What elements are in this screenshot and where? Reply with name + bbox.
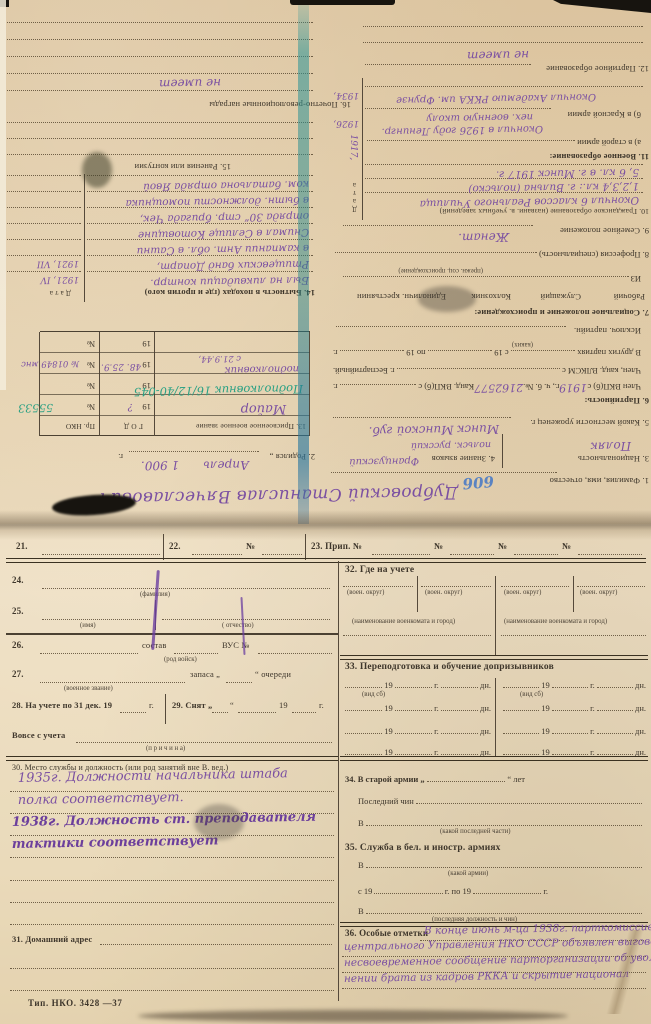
dotted-line (10, 856, 334, 858)
field13-green-entry: Подполковник 16/12/40-045 (134, 382, 304, 399)
field11b-label: б) в Красной армии (568, 110, 641, 120)
field4-label: 4. Знание языков (432, 454, 495, 464)
cell-divider (165, 694, 166, 724)
field7-option-kolkhoznik: Колхозник (471, 292, 511, 302)
field11b-line1: Окончил в 1926 году Ленингр. (382, 123, 544, 137)
dotted-line (10, 989, 334, 991)
field6-to-year: по 19 (406, 348, 425, 358)
field8-line: 8. Профессия (специальность) (333, 250, 649, 260)
dotted-line (365, 64, 531, 66)
field6-year-value: 1919 (559, 381, 587, 394)
field27-reserve-label: запаса „ (190, 669, 220, 679)
field33-rowB3: 19г.дн. (501, 726, 646, 736)
field9-label: 9. Семейное положение (560, 226, 649, 236)
field2-month-value: Апрель (203, 458, 249, 473)
field23-label: 23. Прип. № (311, 541, 362, 551)
field13-year-column: Г О Д (124, 422, 143, 431)
dotted-line (7, 207, 81, 209)
dotted-line (258, 652, 332, 654)
main-column-divider (338, 561, 339, 1001)
dotted-line (7, 122, 313, 124)
days-suffix: дн. (635, 680, 646, 690)
field24-label: 24. (12, 575, 24, 585)
field34-line3: В (358, 818, 644, 828)
field35-line3: В (358, 906, 644, 916)
year-prefix: 19 (142, 402, 151, 412)
field7-label: 7. Социальное положение и происхождение: (474, 308, 649, 318)
year-prefix: 19 (142, 360, 151, 370)
field6-cardno-value: 2162577 (474, 381, 523, 395)
district-note: (воен. округ) (580, 589, 617, 596)
dotted-fill (503, 731, 539, 734)
date-column-divider (362, 78, 363, 220)
dotted-line (7, 56, 313, 58)
dotted-fill (345, 708, 382, 711)
year-prefix: 19 (384, 703, 393, 713)
field6-line2: Член, канд. ВЛКСМ с г. Беспартийный. (333, 366, 641, 376)
field6-vlksm-label: Член, канд. ВЛКСМ с (562, 366, 641, 376)
dotted-line (10, 923, 334, 925)
dotted-line (372, 553, 430, 555)
field11b-line2: пех. военную школу (426, 111, 533, 124)
dotted-fill (345, 731, 382, 734)
year-prefix: 19 (384, 726, 393, 736)
year-suffix: г. (590, 703, 595, 713)
cell-divider (305, 534, 306, 560)
year-suffix: г. (434, 680, 439, 690)
field6-year-suffix2: г. (333, 348, 338, 358)
number-sign: № (562, 541, 571, 551)
field6-kakih-note: (каких) (512, 341, 533, 348)
field7-iz-label: ИЗ (631, 274, 641, 284)
dotted-line (7, 73, 313, 75)
field35-v-label: В (358, 860, 364, 870)
field22-label: 22. (169, 541, 181, 551)
field29-quote: “ (230, 700, 234, 710)
off-register-reason-note: (п р и ч и н а) (146, 745, 185, 752)
dotted-fill (367, 140, 575, 143)
voenkomat-note: (наименование военкомата и город) (504, 618, 607, 625)
field34-line1: 34. В старой армии „ “ лет (345, 774, 525, 784)
dotted-fill (340, 350, 405, 353)
field7-option-peasant: Единоличн. крестьянин (357, 292, 446, 302)
field29-year-suffix: г. (319, 700, 324, 710)
field6-nonparty-label: г. Беспартийный. (333, 366, 395, 376)
field11-label: 11. Военное образование: (549, 152, 649, 162)
field26-vus-label: ВУС № (222, 640, 250, 650)
field15-label: 15. Ранения или контузии (134, 162, 231, 172)
field35-year-suffix: г. (543, 886, 548, 896)
days-suffix: дн. (635, 703, 646, 713)
dotted-line (333, 417, 511, 419)
field35-line2: с 19 г. по 19 г. (358, 886, 548, 896)
field25-firstname-note: (имя) (80, 622, 96, 629)
field33-rowA1: 19г.дн. (343, 680, 491, 690)
field14-date2: 1921, VII (37, 258, 79, 269)
dotted-fill (366, 823, 642, 826)
table-border (309, 332, 310, 436)
dotted-fill (397, 368, 560, 371)
heavy-rule (6, 633, 338, 635)
field34-unit-note: (какой последней части) (440, 828, 510, 835)
field34-lastchin-label: Последний чин (358, 796, 414, 806)
dotted-line (292, 711, 316, 713)
dotted-fill (503, 685, 539, 688)
dotted-line (7, 191, 81, 193)
lower-page: 21. 22. № 23. Прип. № № № № 24. (фамилия… (0, 530, 651, 1024)
field2-suffix: г. (118, 452, 123, 462)
dotted-line (10, 967, 334, 969)
field27-queue-label: “ очереди (255, 669, 291, 679)
dotted-fill (552, 685, 588, 688)
field13-rank1-value: Майор (240, 401, 286, 417)
days-suffix: дн. (480, 726, 491, 736)
dotted-line (343, 585, 413, 587)
field34-v-label: В (358, 818, 364, 828)
field33-rowB2: 19г.дн. (501, 703, 646, 713)
field12-label: 12. Партийное образование (546, 64, 649, 74)
field35-line1: В (358, 860, 644, 870)
number-sign: № (498, 541, 507, 551)
dotted-line (7, 239, 81, 241)
year-suffix: г. (434, 726, 439, 736)
field27-label: 27. (12, 669, 24, 679)
dotted-line (87, 175, 313, 177)
field2-label: 2. Родился „ (269, 452, 315, 462)
field3-label: 3. Национальность (578, 454, 649, 464)
dotted-fill (441, 731, 478, 734)
dotted-fill (552, 731, 588, 734)
field2-year-value: 1 900. (141, 458, 179, 473)
dotted-fill (473, 891, 541, 894)
field6-card-label: г., ч. б. №. (523, 382, 559, 392)
field7-option-worker: Рабочий (614, 292, 645, 302)
dotted-line (363, 42, 643, 44)
dotted-fill (395, 752, 432, 755)
dotted-line (421, 585, 491, 587)
table-border (39, 332, 40, 436)
dotted-fill (366, 865, 642, 868)
dotted-line (501, 634, 646, 636)
field32-label: 32. Где на учете (345, 565, 414, 575)
field7-iz-line: ИЗ (341, 274, 641, 284)
field4-value-1: Французский (349, 455, 419, 467)
field25-label: 25. (12, 606, 24, 616)
dotted-line (42, 553, 160, 555)
dotted-line (7, 22, 313, 24)
dotted-line (10, 901, 334, 903)
dotted-fill (366, 911, 642, 914)
dotted-fill (511, 350, 576, 353)
dotted-line (577, 585, 645, 587)
dotted-line (7, 271, 81, 273)
field11a-line: а) в старой армии (365, 138, 641, 148)
field3-value: Поляк (591, 439, 632, 454)
heavy-rule (6, 756, 338, 761)
dotted-line (174, 652, 218, 654)
dotted-fill (552, 708, 588, 711)
field33-rowB1: 19г.дн. (501, 680, 646, 690)
cell-divider (495, 678, 496, 756)
field13-rank1-year: ? (128, 401, 134, 412)
dotted-line (501, 585, 569, 587)
field10-line3: 5, 6 кл. в г. Минск 1917 г. (496, 166, 639, 180)
field6-year-suffix: г. (333, 382, 338, 392)
field13-order-column: Пр. НКО (66, 422, 95, 431)
field26-label: 26. (12, 640, 24, 650)
dotted-fill (597, 685, 633, 688)
field11b-date2: 1934, (333, 90, 359, 100)
dotted-line (343, 225, 533, 227)
field6-line1: Член ВКП(б) с 1919 г., ч. б. №. 2162577 … (333, 381, 641, 394)
dotted-line (514, 553, 558, 555)
field26-branch-note: (род войск) (164, 656, 197, 663)
heavy-rule (6, 558, 646, 563)
field5-value: Минск Минской губ. (369, 422, 500, 438)
field7-origin-note: (прежн. соц. происхождение) (398, 267, 483, 274)
district-note: (воен. округ) (425, 589, 462, 596)
number-sign: № (87, 381, 95, 391)
field35-label: 35. Служба в бел. и иностр. армиях (345, 843, 501, 853)
year-suffix: г. (434, 703, 439, 713)
date-column-divider (84, 174, 85, 302)
field6-line3: В других партиях с 19 по 19 г. (333, 348, 641, 358)
cell-divider (163, 534, 164, 560)
dotted-line (100, 943, 332, 945)
upper-page-rotated: 1. Фамилия, имя, отчество 606 Дубровский… (0, 0, 651, 524)
cell-divider (495, 576, 496, 656)
field6-excluded-label: Исключ. партийн. (574, 326, 641, 336)
field31-label: 31. Домашний адрес (12, 934, 92, 944)
field27-rank-note: (военное звание) (64, 685, 113, 692)
field6-candidate-label: Канд. ВКП(б) с (418, 382, 474, 392)
field16-label: 16. Почетно-революционные награды (209, 100, 351, 110)
dotted-fill (427, 779, 506, 782)
dotted-line (7, 223, 81, 225)
field29-label: 29. Снят „ (172, 700, 212, 710)
days-suffix: дн. (480, 703, 491, 713)
dotted-fill (343, 276, 629, 279)
dotted-line (238, 711, 276, 713)
dotted-line (343, 634, 491, 636)
cell-divider (417, 576, 418, 612)
camp-type-note: (вид сб) (520, 691, 543, 698)
field10-date-value: 1917, (348, 134, 358, 160)
dotted-line (192, 553, 242, 555)
dotted-line (7, 39, 313, 41)
dotted-fill (441, 752, 478, 755)
field16-value: не имеет (159, 76, 221, 91)
field36-label: 36. Особые отметки (345, 928, 428, 938)
field34-years-suffix: “ лет (507, 774, 525, 784)
field10-date-header: Дата (351, 180, 358, 212)
field33-rowA3: 19г.дн. (343, 726, 491, 736)
district-note: (воен. округ) (347, 589, 384, 596)
dotted-line (363, 26, 643, 28)
year-suffix: г. (590, 726, 595, 736)
dotted-line (129, 451, 259, 453)
field5-label: 5. Какой местности уроженец г. (530, 418, 649, 428)
field6-from-year: с 19 (494, 348, 508, 358)
year-prefix: 19 (384, 680, 393, 690)
dotted-line (226, 681, 252, 683)
dotted-line (120, 711, 146, 713)
registration-number-stamp: 606 (462, 472, 495, 493)
field13-rank3-value: подполковник (225, 363, 300, 375)
field1-handwritten-name: Дубровский Станислав Вячеславович (99, 482, 458, 508)
number-sign: № (434, 541, 443, 551)
dotted-line (7, 154, 313, 156)
table-row-line (40, 352, 310, 353)
dotted-fill (395, 731, 432, 734)
dotted-fill (374, 891, 442, 894)
dotted-line (212, 711, 228, 713)
table-border (40, 435, 310, 436)
year-prefix: 19 (541, 680, 550, 690)
table-border (99, 332, 100, 436)
field30-line4: тактики соответствует (12, 833, 219, 852)
field28-label: 28. На учете по 31 дек. 19 (12, 700, 112, 710)
field28-year-suffix: г. (149, 700, 154, 710)
field6-label: 6. Партийность: (584, 396, 649, 406)
dotted-line (450, 553, 494, 555)
field33-label: 33. Переподготовка и обучение допризывни… (345, 662, 554, 672)
number-sign: № (87, 339, 95, 349)
table-border (40, 331, 310, 332)
heavy-rule (340, 655, 648, 660)
dotted-line (42, 618, 150, 620)
district-note: (воен. округ) (504, 589, 541, 596)
dotted-line (336, 326, 566, 328)
dotted-fill (395, 708, 432, 711)
dotted-fill (340, 384, 417, 387)
field6-member-label: Член ВКП(б) с (587, 382, 641, 392)
dotted-line (76, 741, 332, 743)
dotted-fill (395, 685, 432, 688)
field14-date-header: Д а т а (50, 289, 71, 298)
dotted-fill (597, 731, 633, 734)
dotted-fill (441, 685, 478, 688)
field13-green-stamp: 55533 (18, 401, 53, 415)
dotted-line (365, 86, 643, 88)
year-prefix: 19 (142, 339, 151, 349)
field25-patronymic-note: ( отчество) (222, 622, 254, 629)
dotted-fill (345, 752, 382, 755)
dotted-fill (597, 752, 633, 755)
cell-divider (573, 576, 574, 612)
dotted-line (42, 587, 330, 589)
printer-imprint: Тип. НКО. 3428 —37 (28, 998, 123, 1008)
field13-rank3-year: 48. 25.9. (101, 361, 141, 372)
column-divider (502, 434, 503, 468)
dotted-fill (345, 685, 382, 688)
dotted-fill (503, 708, 539, 711)
year-suffix: г. (590, 680, 595, 690)
dotted-line (365, 108, 551, 110)
scanned-military-record-card: 1. Фамилия, имя, отчество 606 Дубровский… (0, 0, 651, 1024)
field35-to-label: г. по 19 (445, 886, 471, 896)
dotted-line (10, 879, 334, 881)
field29-year-prefix: 19 (279, 700, 288, 710)
voenkomat-note: (наименование военкомата и город) (352, 618, 455, 625)
dotted-line (365, 164, 643, 166)
field35-from-label: с 19 (358, 886, 372, 896)
days-suffix: дн. (480, 680, 491, 690)
dotted-line (578, 553, 642, 555)
dotted-line (262, 553, 302, 555)
year-prefix: 19 (541, 703, 550, 713)
field9-value: Женат. (458, 230, 509, 245)
field21-label: 21. (16, 541, 28, 551)
dotted-line (342, 987, 646, 989)
heavy-rule (340, 756, 648, 761)
field11b-line3: Окончил Академию РККА им. Фрунзе (396, 91, 596, 105)
field13-label: 13. Присвоенное военное звание (196, 422, 306, 431)
field34-line2: Последний чин (358, 796, 644, 806)
dotted-line (162, 618, 330, 620)
dotted-fill (552, 752, 588, 755)
field35-v2-label: В (358, 906, 364, 916)
field13-rank3-date: с 21.9.44, (198, 353, 241, 364)
off-register-label: Вовсе с учета (12, 730, 65, 740)
field14-line1: Был на ликвидации контрр. (150, 274, 309, 289)
dotted-fill (416, 801, 642, 804)
dotted-fill (441, 708, 478, 711)
field33-rowA2: 19г.дн. (343, 703, 491, 713)
dotted-fill (428, 350, 493, 353)
field30-line2: полка соответствует. (18, 790, 184, 808)
field14-label: 14. Бытность в походах (где и против ког… (144, 288, 315, 298)
field1-label: 1. Фамилия, имя, отчество (549, 476, 649, 486)
field14-date1: 1921, IV (40, 274, 79, 285)
days-suffix: дн. (635, 726, 646, 736)
dotted-fill (597, 708, 633, 711)
field13-rank3-order: № 01849 мнс (21, 358, 79, 369)
dotted-line (40, 652, 138, 654)
field4-value-2: польск. русский (411, 439, 491, 451)
field6-otherparties-label: В других партиях (577, 348, 641, 358)
field7-option-clerk: Служащий (540, 292, 581, 302)
field12-value: не имеет (467, 48, 529, 63)
dotted-line (7, 175, 81, 177)
number-sign: № (87, 402, 95, 412)
field35-army-note: (какой армии) (448, 870, 488, 877)
field11a-label: а) в старой армии (577, 138, 641, 148)
year-prefix: 19 (541, 726, 550, 736)
dotted-line (7, 255, 81, 257)
dotted-fill (503, 752, 539, 755)
dotted-fill (335, 252, 537, 255)
field8-label: 8. Профессия (специальность) (539, 250, 649, 260)
dotted-line (331, 472, 557, 474)
dotted-line (40, 681, 185, 683)
number-sign: № (87, 360, 95, 370)
field34-label: 34. В старой армии „ (345, 774, 425, 784)
number-sign: № (246, 541, 255, 551)
field11b-date1: 1926, (333, 118, 359, 128)
camp-type-note: (вид сб) (362, 691, 385, 698)
dotted-line (7, 138, 313, 140)
